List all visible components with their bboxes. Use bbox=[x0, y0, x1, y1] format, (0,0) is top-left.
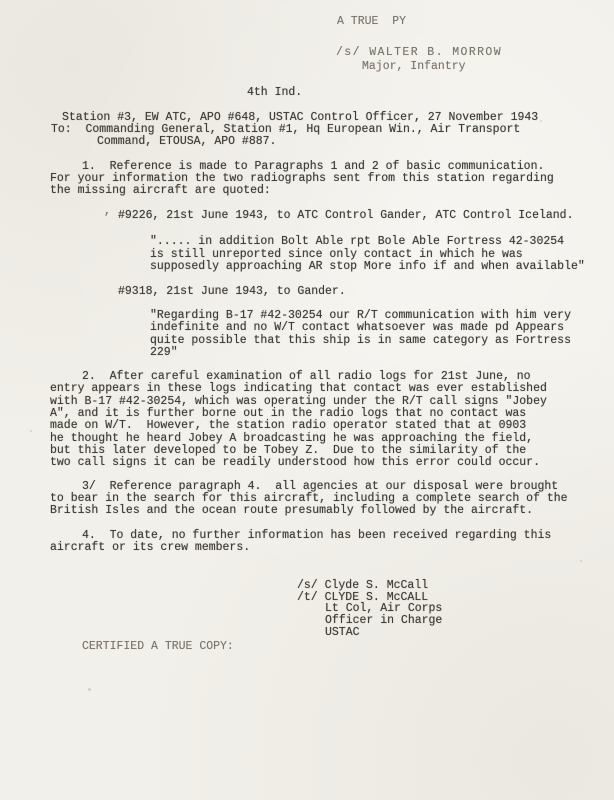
stray-mark: , bbox=[104, 206, 111, 218]
first-indorsement-rank: Major, Infantry bbox=[362, 61, 466, 73]
radiogram-1-quote-line: "..... in addition Bolt Able rpt Bole Ab… bbox=[150, 236, 564, 248]
radiogram-2-quote-line: 229" bbox=[150, 347, 178, 359]
true-copy-heading: A TRUE PY bbox=[337, 16, 406, 28]
paragraph-2-line: made on W/T. However, the station radio … bbox=[50, 420, 526, 432]
paragraph-2-line: two call signs it can be readily underst… bbox=[50, 457, 540, 469]
radiogram-2-heading: #9318, 21st June 1943, to Gander. bbox=[118, 286, 346, 298]
certified-true-copy-label: CERTIFIED A TRUE COPY: bbox=[82, 641, 234, 653]
radiogram-2-quote-line: quite possible that this ship is in same… bbox=[150, 335, 571, 347]
indorsement-heading: 4th Ind. bbox=[247, 87, 302, 99]
paragraph-1-line: the missing aircraft are quoted: bbox=[50, 185, 271, 197]
radiogram-1-heading: #9226, 21st June 1943, to ATC Control Ga… bbox=[118, 210, 573, 222]
paper-speck bbox=[30, 430, 32, 432]
signer-org: USTAC bbox=[325, 627, 360, 639]
paragraph-2-line: entry appears in these logs indicating t… bbox=[50, 383, 547, 395]
paper-speck bbox=[88, 688, 91, 691]
first-indorsement-signature: /s/ WALTER B. MORROW bbox=[336, 47, 502, 59]
paper-speck bbox=[540, 120, 542, 122]
radiogram-2-quote-line: indefinite and no W/T contact whatsoever… bbox=[150, 322, 564, 334]
radiogram-1-quote-line: supposedly approaching AR stop More info… bbox=[150, 261, 585, 273]
paragraph-3-line: British Isles and the ocean route presum… bbox=[50, 505, 533, 517]
document-page: A TRUE PY/s/ WALTER B. MORROWMajor, Infa… bbox=[0, 0, 614, 800]
to-line-continued: Command, ETOUSA, APO #887. bbox=[97, 136, 276, 148]
paper-speck bbox=[580, 560, 582, 562]
paragraph-4-line: aircraft or its crew members. bbox=[50, 542, 250, 554]
